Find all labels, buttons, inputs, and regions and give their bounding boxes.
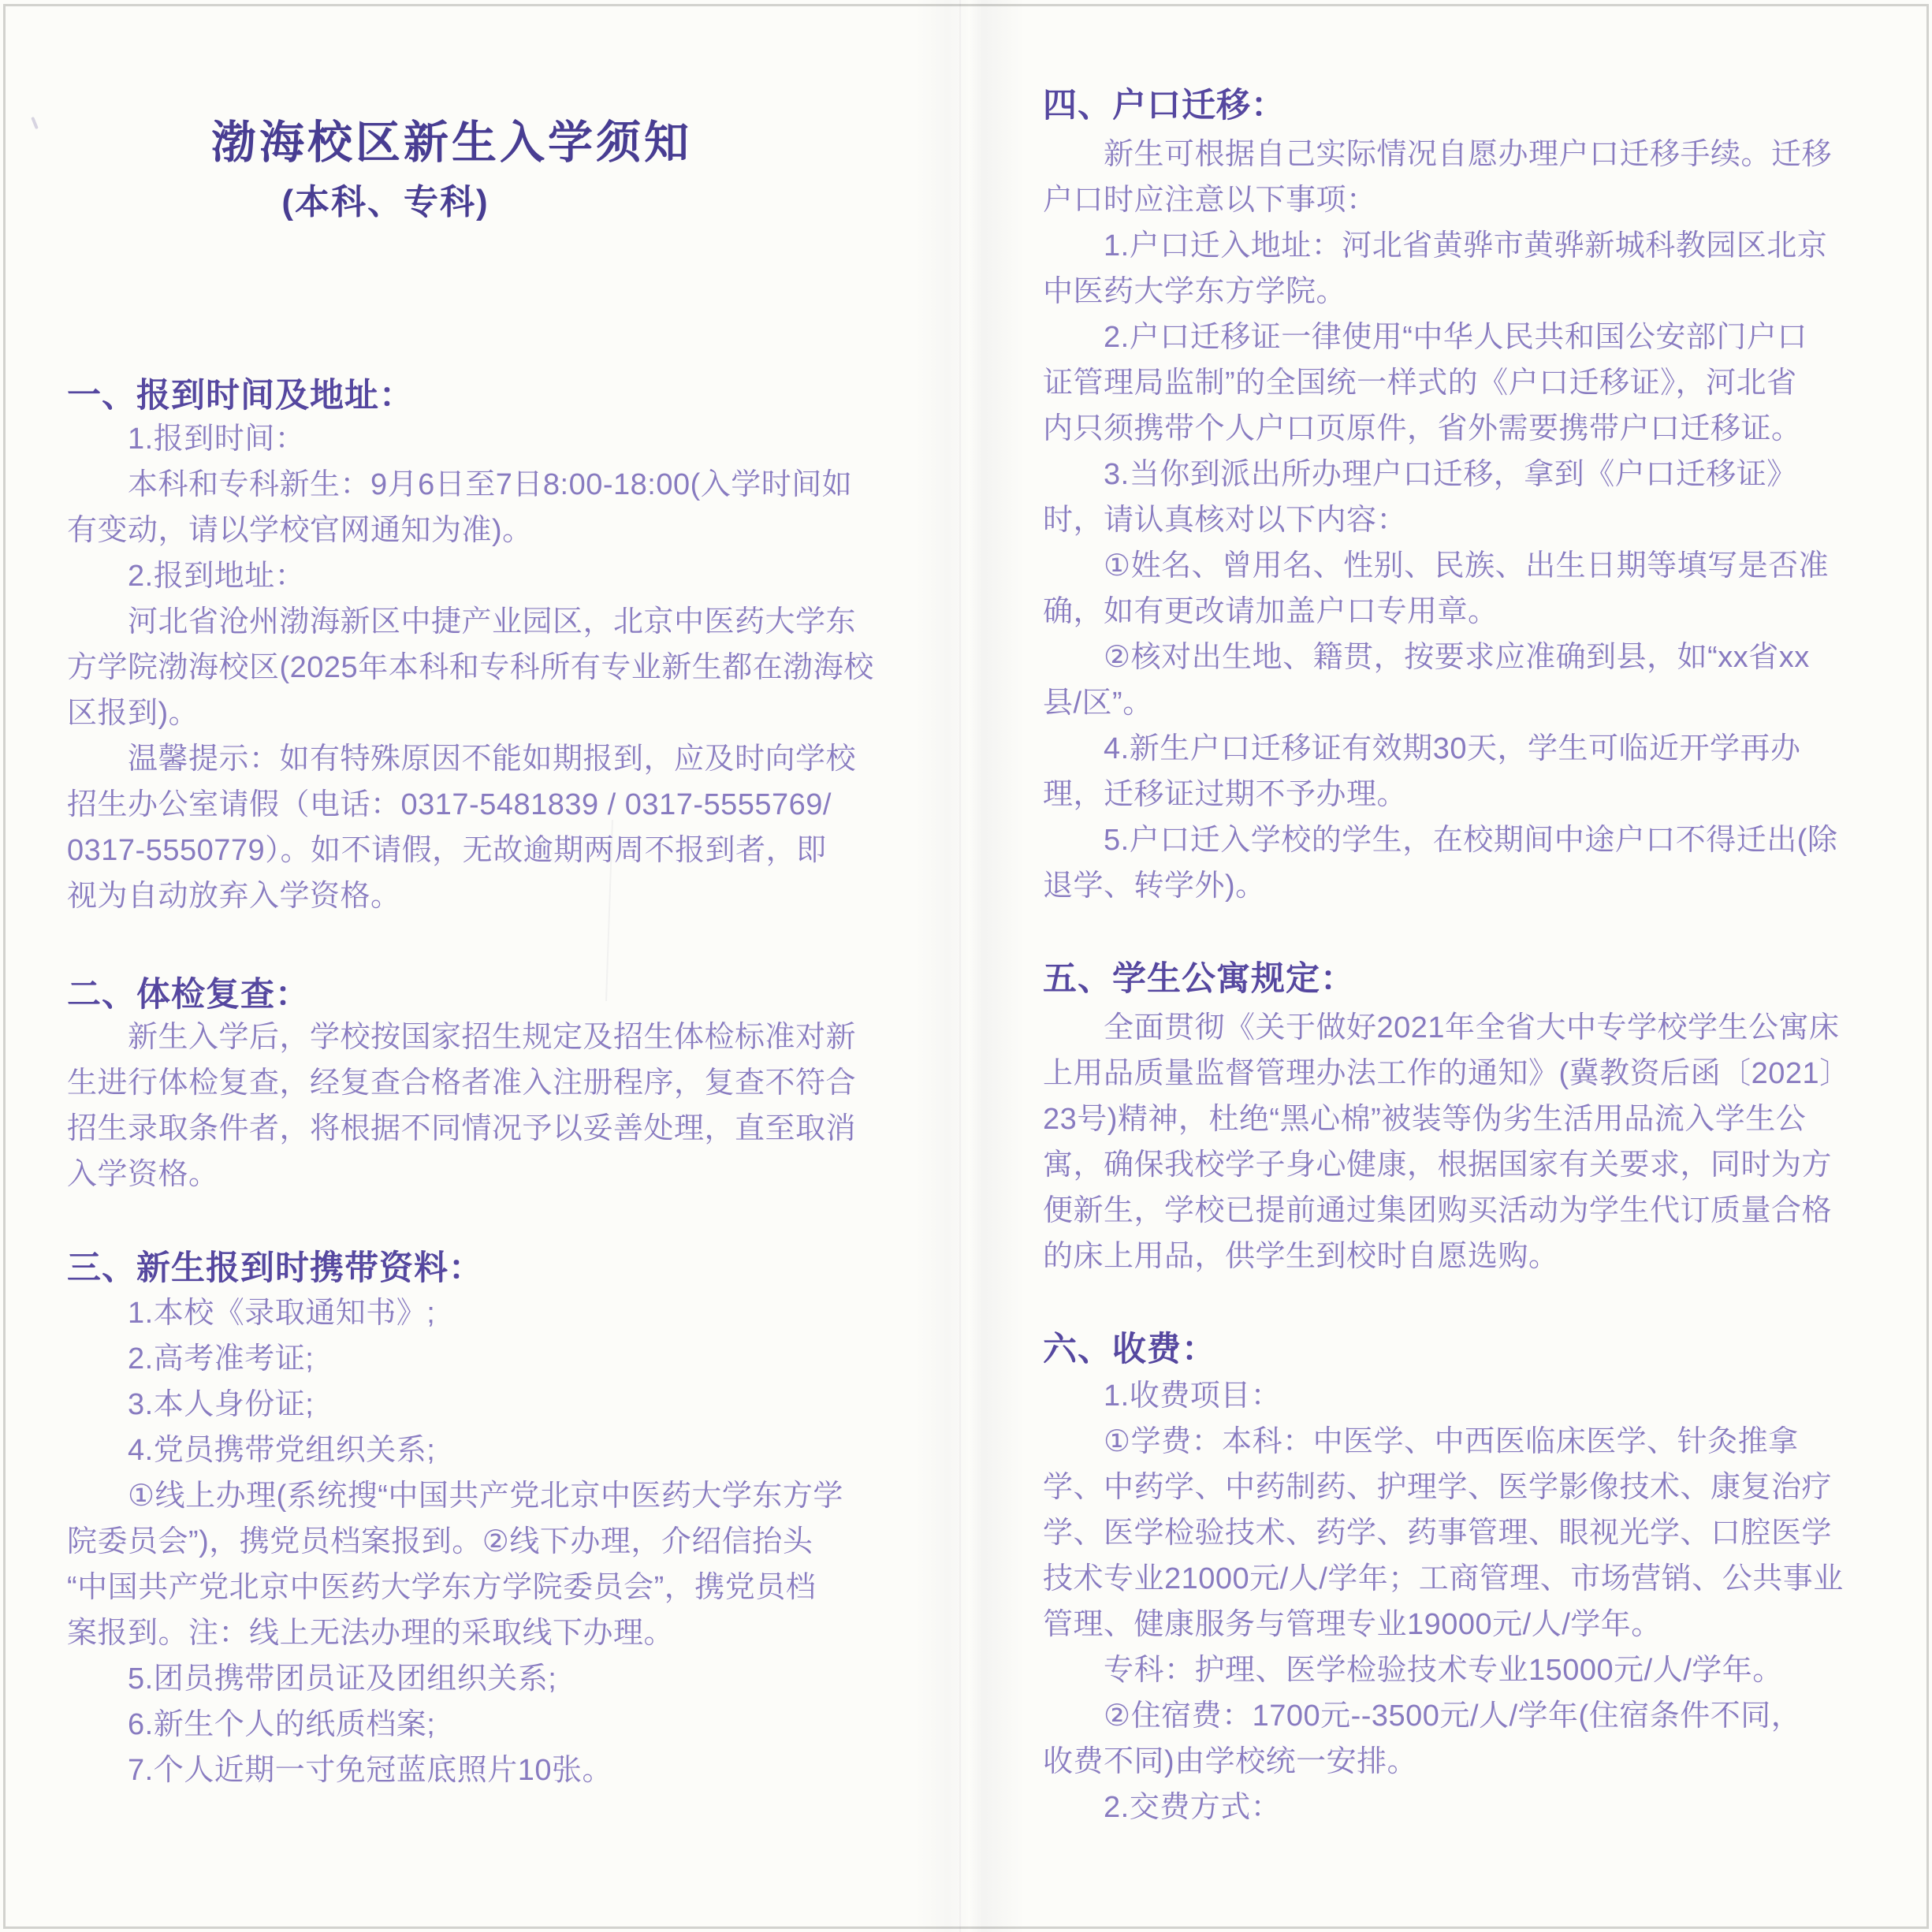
text-line: 管理、健康服务与管理专业19000元/人/学年。 xyxy=(1043,1602,1902,1647)
text-line: 入学资格。 xyxy=(67,1152,903,1197)
text-line: ②核对出生地、籍贯，按要求应准确到县，如“xx省xx xyxy=(1043,635,1902,680)
section-body-hukou: 新生可根据自己实际情况自愿办理户口迁移手续。迁移 户口时应注意以下事项： 1.户… xyxy=(1043,132,1902,909)
text-line: 内只须携带个人户口页原件，省外需要携带户口迁移证。 xyxy=(1043,406,1902,452)
text-line: 有变动，请以学校官网通知为准)。 xyxy=(67,508,903,553)
text-line: 2.交费方式： xyxy=(1043,1785,1902,1830)
text-line: 新生入学后，学校按国家招生规定及招生体检标准对新 xyxy=(67,1014,903,1060)
text-line: 3.当你到派出所办理户口迁移，拿到《户口迁移证》 xyxy=(1043,452,1902,497)
text-line: 本科和专科新生：9月6日至7日8:00-18:00(入学时间如 xyxy=(67,462,903,508)
text-line: 视为自动放弃入学资格。 xyxy=(67,873,903,919)
text-line: 上用品质量监督管理办法工作的通知》(冀教资后函〔2021〕 xyxy=(1043,1051,1902,1096)
right-column: 四、户口迁移： 新生可根据自己实际情况自愿办理户口迁移手续。迁移 户口时应注意以… xyxy=(1043,0,1902,1932)
text-line: 寓，确保我校学子身心健康，根据国家有关要求，同时为方 xyxy=(1043,1142,1902,1188)
text-line: 0317-5550779）。如不请假，无故逾期两周不报到者，即 xyxy=(67,828,903,873)
text-line: 全面贯彻《关于做好2021年全省大中专学校学生公寓床 xyxy=(1043,1005,1902,1051)
text-line: 县/区”。 xyxy=(1043,680,1902,726)
text-line: 2.报到地址： xyxy=(67,553,903,599)
text-line: 2.户口迁移证一律使用“中华人民共和国公安部门户口 xyxy=(1043,315,1902,360)
text-line: 4.新生户口迁移证有效期30天，学生可临近开学再办 xyxy=(1043,726,1902,772)
text-line: 技术专业21000元/人/学年；工商管理、市场营销、公共事业 xyxy=(1043,1556,1902,1602)
text-line: 2.高考准考证; xyxy=(67,1336,903,1382)
text-line: ①学费：本科：中医学、中西医临床医学、针灸推拿 xyxy=(1043,1419,1902,1465)
section-heading-materials: 三、新生报到时携带资料： xyxy=(67,1245,483,1291)
text-line: 1.报到时间： xyxy=(67,416,903,462)
text-line: 户口时应注意以下事项： xyxy=(1043,177,1902,223)
text-line: 证管理局监制”的全国统一样式的《户口迁移证》，河北省 xyxy=(1043,360,1902,406)
text-line: 收费不同)由学校统一安排。 xyxy=(1043,1739,1902,1785)
text-line: 方学院渤海校区(2025年本科和专科所有专业新生都在渤海校 xyxy=(67,645,903,691)
section-heading-report-time: 一、报到时间及地址： xyxy=(67,373,414,419)
page-title: 渤海校区新生入学须知 xyxy=(42,115,862,170)
text-line: “中国共产党北京中医药大学东方学院委员会”，携党员档 xyxy=(67,1565,903,1610)
text-line: 1.本校《录取通知书》; xyxy=(67,1290,903,1336)
text-line: 23号)精神，杜绝“黑心棉”被装等伪劣生活用品流入学生公 xyxy=(1043,1096,1902,1142)
text-line: 区报到)。 xyxy=(67,691,903,736)
section-body-report-time: 1.报到时间： 本科和专科新生：9月6日至7日8:00-18:00(入学时间如 … xyxy=(67,416,903,919)
section-heading-apartment: 五、学生公寓规定： xyxy=(1043,956,1355,1002)
text-line: 7.个人近期一寸免冠蓝底照片10张。 xyxy=(67,1748,903,1793)
text-line: 1.户口迁入地址：河北省黄骅市黄骅新城科教园区北京 xyxy=(1043,223,1902,269)
text-line: 学、医学检验技术、药学、药事管理、眼视光学、口腔医学 xyxy=(1043,1510,1902,1556)
text-line: 专科：护理、医学检验技术专业15000元/人/学年。 xyxy=(1043,1647,1902,1693)
text-line: 理，迁移证过期不予办理。 xyxy=(1043,772,1902,817)
text-line: 1.收费项目： xyxy=(1043,1373,1902,1419)
ink-speck xyxy=(31,117,39,129)
text-line: 案报到。注：线上无法办理的采取线下办理。 xyxy=(67,1610,903,1656)
text-line: 便新生，学校已提前通过集团购买活动为学生代订质量合格 xyxy=(1043,1188,1902,1234)
booklet-fold-crease xyxy=(914,0,1025,1932)
text-line: ①线上办理(系统搜“中国共产党北京中医药大学东方学 xyxy=(67,1473,903,1519)
text-line: 温馨提示：如有特殊原因不能如期报到，应及时向学校 xyxy=(67,736,903,782)
text-line: 河北省沧州渤海新区中捷产业园区，北京中医药大学东 xyxy=(67,599,903,645)
section-body-apartment: 全面贯彻《关于做好2021年全省大中专学校学生公寓床 上用品质量监督管理办法工作… xyxy=(1043,1005,1902,1279)
page-subtitle: (本科、专科) xyxy=(0,175,795,230)
text-line: 学、中药学、中药制药、护理学、医学影像技术、康复治疗 xyxy=(1043,1465,1902,1510)
text-line: 新生可根据自己实际情况自愿办理户口迁移手续。迁移 xyxy=(1043,132,1902,177)
text-line: 时，请认真核对以下内容： xyxy=(1043,497,1902,543)
text-line: 3.本人身份证; xyxy=(67,1382,903,1428)
text-line: 中医药大学东方学院。 xyxy=(1043,269,1902,315)
scanned-document-page: 渤海校区新生入学须知 (本科、专科) 一、报到时间及地址： 1.报到时间： 本科… xyxy=(0,0,1932,1932)
section-body-recheck: 新生入学后，学校按国家招生规定及招生体检标准对新 生进行体检复查，经复查合格者准… xyxy=(67,1014,903,1197)
text-line: 的床上用品，供学生到校时自愿选购。 xyxy=(1043,1234,1902,1279)
text-line: 招生办公室请假（电话：0317-5481839 / 0317-5555769/ xyxy=(67,782,903,828)
text-line: 5.户口迁入学校的学生，在校期间中途户口不得迁出(除 xyxy=(1043,817,1902,863)
text-line: ②住宿费：1700元--3500元/人/学年(住宿条件不同， xyxy=(1043,1693,1902,1739)
text-line: 生进行体检复查，经复查合格者准入注册程序，复查不符合 xyxy=(67,1060,903,1106)
text-line: 4.党员携带党组织关系; xyxy=(67,1428,903,1473)
text-line: ①姓名、曾用名、性别、民族、出生日期等填写是否准 xyxy=(1043,543,1902,589)
text-line: 院委员会”)，携党员档案报到。②线下办理，介绍信抬头 xyxy=(67,1519,903,1565)
section-body-materials: 1.本校《录取通知书》; 2.高考准考证; 3.本人身份证; 4.党员携带党组织… xyxy=(67,1290,903,1793)
section-heading-fees: 六、收费： xyxy=(1043,1327,1216,1372)
section-body-fees: 1.收费项目： ①学费：本科：中医学、中西医临床医学、针灸推拿 学、中药学、中药… xyxy=(1043,1373,1902,1830)
text-line: 6.新生个人的纸质档案; xyxy=(67,1702,903,1748)
text-line: 5.团员携带团员证及团组织关系; xyxy=(67,1656,903,1702)
section-heading-hukou: 四、户口迁移： xyxy=(1043,83,1286,128)
text-line: 确，如有更改请加盖户口专用章。 xyxy=(1043,589,1902,635)
left-column: 渤海校区新生入学须知 (本科、专科) 一、报到时间及地址： 1.报到时间： 本科… xyxy=(67,0,903,1932)
text-line: 退学、转学外)。 xyxy=(1043,863,1902,909)
text-line: 招生录取条件者，将根据不同情况予以妥善处理，直至取消 xyxy=(67,1106,903,1152)
section-heading-recheck: 二、体检复查： xyxy=(67,972,310,1018)
fold-center-line xyxy=(959,0,961,1932)
